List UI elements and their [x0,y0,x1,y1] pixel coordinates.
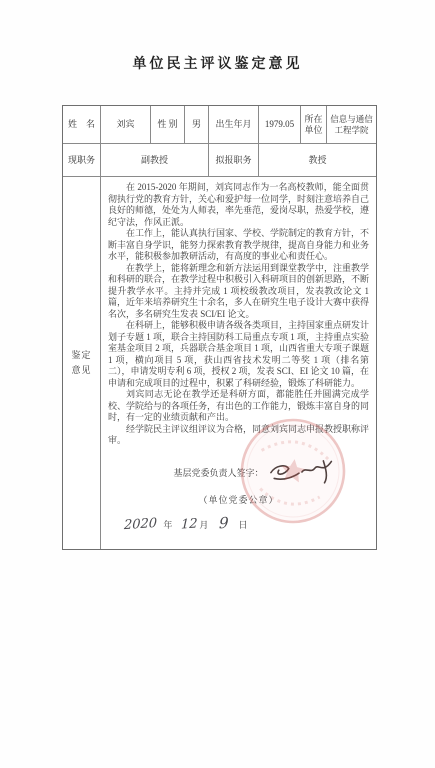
unit-value: 信息与通信工程学院 [327,106,376,143]
document-title: 单位民主评议鉴定意见 [0,53,435,73]
opinion-paragraph-5: 刘宾同志无论在教学还是科研方面，都能胜任并圆满完成学校、学院给与的各项任务，有出… [108,389,369,424]
signature-line: 基层党委负责人签字： [108,459,369,489]
opinion-label: 鉴定意见 [63,177,101,549]
current-post-value: 副教授 [101,144,209,176]
name-label: 姓 名 [63,106,101,143]
name-value: 刘宾 [101,106,151,143]
document-page: 单位民主评议鉴定意见 姓 名 刘宾 性 别 男 出生年月 1979.05 所在单… [0,0,435,768]
birth-date-label: 出生年月 [209,106,259,143]
gender-value: 男 [185,106,209,143]
opinion-paragraph-1: 在 2015-2020 年期间，刘宾同志作为一名高校教师，能全面贯彻执行党的教育… [108,182,369,228]
current-post-label: 现职务 [63,144,101,176]
proposed-post-label: 拟报职务 [209,144,259,176]
year-unit: 年 [163,520,172,532]
handwritten-year: 2020 [124,517,157,531]
opinion-paragraph-4: 在科研上，能够积极申请各级各类项目，主持国家重点研发计划子专题 1 项，联合主持… [108,320,369,389]
handwritten-signature [265,457,338,490]
date-line: 2020 年 12 月 9 日 [108,518,369,532]
birth-date-value: 1979.05 [259,106,301,143]
signature-label: 基层党委负责人签字： [173,467,263,477]
month-unit: 月 [199,520,208,532]
table-row-position: 现职务 副教授 拟报职务 教授 [63,144,376,177]
opinion-paragraph-6: 经学院民主评议组评议为合格，同意刘宾同志申报教授职称评审。 [108,424,369,447]
opinion-paragraph-3: 在教学上，能将新理念和新方法运用到课堂教学中，注重教学和科研的联合，在教学过程中… [108,263,369,321]
opinion-content: 在 2015-2020 年期间，刘宾同志作为一名高校教师，能全面贯彻执行党的教育… [101,177,376,549]
table-row-opinion: 鉴定意见 在 2015-2020 年期间，刘宾同志作为一名高校教师，能全面贯彻执… [63,177,376,549]
unit-label: 所在单位 [301,106,327,143]
gender-label: 性 别 [151,106,185,143]
appraisal-table: 姓 名 刘宾 性 别 男 出生年月 1979.05 所在单位 信息与通信工程学院… [62,105,377,550]
table-row-personal-info: 姓 名 刘宾 性 别 男 出生年月 1979.05 所在单位 信息与通信工程学院 [63,106,376,144]
proposed-post-value: 教授 [259,144,376,176]
handwritten-day: 9 [218,517,228,529]
seal-note: （单位党委公章） [108,495,369,507]
handwritten-month: 12 [180,518,197,531]
opinion-paragraph-2: 在工作上，能认真执行国家、学校、学院制定的教育方针，不断丰富自身学识，能努力探索… [108,228,369,263]
day-unit: 日 [238,520,247,532]
